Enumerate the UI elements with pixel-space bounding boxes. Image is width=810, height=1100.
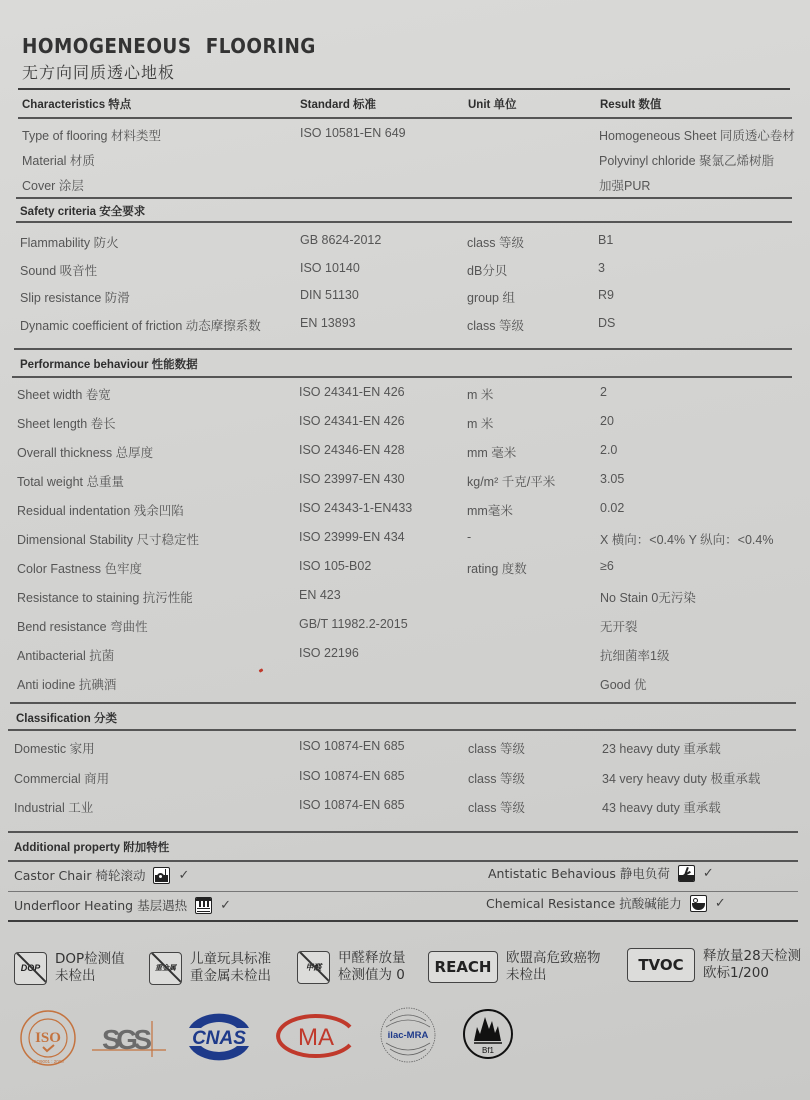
svg-text:MA: MA (298, 1024, 334, 1051)
header-unit: Unit 单位 (468, 96, 517, 112)
cell-result: 0.02 (600, 501, 624, 515)
cell-name: Anti iodine 抗碘酒 (17, 675, 116, 693)
cell-name: Slip resistance 防滑 (20, 288, 130, 306)
cell-unit: kg/m² 千克/平米 (467, 472, 555, 490)
cell-standard: ISO 10874-EN 685 (299, 798, 405, 812)
svg-text:Bf1: Bf1 (482, 1046, 495, 1055)
badge-formaldehyde: 甲醛 甲醛释放量检测值为 0 (297, 950, 406, 984)
table-row: Sheet length 卷长ISO 24341-EN 426m 米20 (0, 414, 810, 432)
table-row: Industrial 工业ISO 10874-EN 685class 等级43 … (0, 798, 810, 816)
ilac-mra-logo: ilac-MRA (378, 1005, 438, 1065)
svg-text:ilac-MRA: ilac-MRA (388, 1030, 429, 1041)
cell-standard: ISO 10581-EN 649 (300, 126, 406, 140)
cell-name: Antibacterial 抗菌 (17, 646, 114, 664)
cell-name: Flammability 防火 (20, 233, 119, 251)
header-result: Result 数值 (600, 96, 661, 112)
cell-name: Overall thickness 总厚度 (17, 443, 153, 461)
cell-standard: ISO 10140 (300, 261, 360, 275)
table-row: Color Fastness 色牢度ISO 105-B02rating 度数≥6 (0, 559, 810, 577)
badge-heavy-metal: 重金属 儿童玩具标准重金属未检出 (149, 951, 271, 985)
badge-tvoc: TVOC 释放量28天检测欧标1/200 (627, 948, 801, 982)
cell-unit: class 等级 (468, 769, 525, 787)
table-row: Dynamic coefficient of friction 动态摩擦系数EN… (0, 316, 810, 334)
cnas-logo: CNAS (183, 1008, 255, 1064)
formaldehyde-free-icon: 甲醛 (297, 951, 330, 984)
cell-unit: class 等级 (468, 739, 525, 757)
table-row: Dimensional Stability 尺寸稳定性ISO 23999-EN … (0, 530, 810, 548)
table-row: Overall thickness 总厚度ISO 24346-EN 428mm … (0, 443, 810, 461)
property-castor-chair: Castor Chair 椅轮滚动 ✓ (14, 866, 189, 884)
cell-name: Material 材质 (22, 151, 95, 169)
cell-name: Color Fastness 色牢度 (17, 559, 142, 577)
cell-result: No Stain 0无污染 (600, 588, 696, 606)
property-chemical-resistance: Chemical Resistance 抗酸碱能力 ✓ (486, 894, 726, 912)
cell-standard: ISO 22196 (299, 646, 359, 660)
table-row: Resistance to staining 抗污性能EN 423No Stai… (0, 588, 810, 606)
cell-standard: GB/T 11982.2-2015 (299, 617, 408, 631)
cell-standard: DIN 51130 (300, 288, 359, 302)
iso-logo: ISO ISO9001 : 2000 (18, 1008, 78, 1068)
cell-standard: EN 13893 (300, 316, 356, 330)
cell-standard: GB 8624-2012 (300, 233, 381, 247)
cell-result: ≥6 (600, 559, 614, 573)
cell-name: Resistance to staining 抗污性能 (17, 588, 193, 606)
cell-result: 无开裂 (600, 617, 638, 635)
cell-name: Commercial 商用 (14, 769, 109, 787)
chemical-resistance-icon (690, 895, 707, 912)
cell-result: Homogeneous Sheet 同质透心卷材 (599, 126, 795, 144)
table-row: Cover 涂层加强PUR (0, 176, 810, 194)
cell-result: R9 (598, 288, 614, 302)
cell-name: Industrial 工业 (14, 798, 93, 816)
cell-result: Polyvinyl chloride 聚氯乙烯树脂 (599, 151, 774, 169)
cell-name: Sound 吸音性 (20, 261, 97, 279)
dop-free-icon: DOP (14, 952, 47, 985)
tvoc-icon: TVOC (627, 948, 695, 982)
divider (8, 729, 796, 731)
divider (10, 702, 796, 704)
document-subtitle: 无方向同质透心地板 (22, 60, 175, 83)
divider (12, 376, 792, 378)
cell-result: 34 very heavy duty 极重承载 (602, 769, 760, 787)
cell-name: Bend resistance 弯曲性 (17, 617, 148, 635)
cell-name: Domestic 家用 (14, 739, 95, 757)
property-antistatic: Antistatic Behavious 静电负荷 ✓ (488, 864, 714, 882)
cell-standard: ISO 24341-EN 426 (299, 414, 405, 428)
cell-result: 3.05 (600, 472, 624, 486)
header-standard: Standard 标准 (300, 96, 376, 112)
cell-unit: mm 毫米 (467, 443, 516, 461)
divider (18, 117, 792, 119)
reach-icon: REACH (428, 951, 498, 983)
document-title: HOMOGENEOUS FLOORING (22, 34, 316, 58)
cell-result: 3 (598, 261, 605, 275)
divider (16, 221, 792, 223)
cell-standard: ISO 10874-EN 685 (299, 769, 405, 783)
badge-reach: REACH 欧盟高危致癌物未检出 (428, 950, 601, 984)
section-title-additional: Additional property 附加特性 (14, 839, 169, 855)
divider (18, 88, 790, 90)
divider (14, 348, 792, 350)
divider (16, 197, 792, 199)
cell-result: DS (598, 316, 615, 330)
cell-unit: group 组 (467, 288, 515, 306)
cell-name: Type of flooring 材料类型 (22, 126, 161, 144)
cell-result: Good 优 (600, 675, 647, 693)
cell-result: 加强PUR (599, 176, 650, 194)
table-row: Anti iodine 抗碘酒Good 优 (0, 675, 810, 693)
table-row: Flammability 防火GB 8624-2012class 等级B1 (0, 233, 810, 251)
heavy-metal-free-icon: 重金属 (149, 952, 182, 985)
table-row: Commercial 商用ISO 10874-EN 685class 等级34 … (0, 769, 810, 787)
check-icon: ✓ (703, 866, 714, 881)
cell-standard: EN 423 (299, 588, 341, 602)
cell-name: Dynamic coefficient of friction 动态摩擦系数 (20, 316, 261, 334)
header-characteristics: Characteristics 特点 (22, 96, 131, 112)
divider (8, 891, 798, 892)
table-row: Type of flooring 材料类型ISO 10581-EN 649Hom… (0, 126, 810, 144)
cell-unit: m 米 (467, 414, 493, 432)
check-icon: ✓ (715, 896, 726, 911)
table-header: Characteristics 特点 Standard 标准 Unit 单位 R… (0, 96, 810, 112)
cell-result: 2.0 (600, 443, 617, 457)
cell-standard: ISO 23999-EN 434 (299, 530, 405, 544)
cell-result: 23 heavy duty 重承载 (602, 739, 721, 757)
cell-unit: - (467, 530, 471, 544)
table-row: Residual indentation 残余凹陷ISO 24343-1-EN4… (0, 501, 810, 519)
cell-standard: ISO 24346-EN 428 (299, 443, 405, 457)
cell-standard: ISO 10874-EN 685 (299, 739, 405, 753)
cell-unit: mm毫米 (467, 501, 513, 519)
cma-logo: MA (276, 1013, 358, 1059)
table-row: Sheet width 卷宽ISO 24341-EN 426m 米2 (0, 385, 810, 403)
table-row: Sound 吸音性ISO 10140dB分贝3 (0, 261, 810, 279)
cell-standard: ISO 105-B02 (299, 559, 371, 573)
cell-unit: dB分贝 (467, 261, 507, 279)
underfloor-heating-icon (195, 897, 212, 914)
section-title-classification: Classification 分类 (16, 710, 117, 726)
section-title-safety: Safety criteria 安全要求 (20, 203, 145, 219)
ink-spot (259, 668, 264, 673)
cell-result: B1 (598, 233, 613, 247)
cell-result: 2 (600, 385, 607, 399)
divider (8, 831, 798, 833)
property-underfloor-heating: Underfloor Heating 基层遇热 ✓ (14, 896, 231, 914)
cell-standard: ISO 24341-EN 426 (299, 385, 405, 399)
cell-result: 43 heavy duty 重承载 (602, 798, 721, 816)
bf1-logo: Bf1 (461, 1007, 515, 1061)
divider (8, 920, 798, 922)
cell-name: Cover 涂层 (22, 176, 84, 194)
table-row: Material 材质Polyvinyl chloride 聚氯乙烯树脂 (0, 151, 810, 169)
cell-unit: class 等级 (467, 233, 524, 251)
cell-unit: rating 度数 (467, 559, 527, 577)
svg-text:ISO9001 : 2000: ISO9001 : 2000 (32, 1059, 64, 1064)
cell-standard: ISO 23997-EN 430 (299, 472, 405, 486)
section-title-performance: Performance behaviour 性能数据 (20, 356, 198, 372)
svg-text:CNAS: CNAS (192, 1028, 246, 1049)
cell-standard: ISO 24343-1-EN433 (299, 501, 412, 515)
table-row: Slip resistance 防滑DIN 51130group 组R9 (0, 288, 810, 306)
cell-result: X 横向：<0.4% Y 纵向：<0.4% (600, 530, 773, 548)
castor-chair-icon (153, 867, 170, 884)
cell-result: 抗细菌率1级 (600, 646, 669, 664)
cell-unit: class 等级 (468, 798, 525, 816)
cell-name: Sheet width 卷宽 (17, 385, 111, 403)
cell-name: Dimensional Stability 尺寸稳定性 (17, 530, 199, 548)
badge-dop: DOP DOP检测值未检出 (14, 951, 125, 985)
table-row: Bend resistance 弯曲性GB/T 11982.2-2015无开裂 (0, 617, 810, 635)
cell-name: Sheet length 卷长 (17, 414, 116, 432)
svg-text:ISO: ISO (35, 1030, 61, 1046)
cell-name: Total weight 总重量 (17, 472, 124, 490)
antistatic-icon (678, 865, 695, 882)
cell-name: Residual indentation 残余凹陷 (17, 501, 184, 519)
divider (8, 860, 798, 862)
table-row: Domestic 家用ISO 10874-EN 685class 等级23 he… (0, 739, 810, 757)
table-row: Antibacterial 抗菌ISO 22196抗细菌率1级 (0, 646, 810, 664)
cell-unit: m 米 (467, 385, 493, 403)
check-icon: ✓ (220, 898, 231, 913)
cell-result: 20 (600, 414, 614, 428)
check-icon: ✓ (178, 868, 189, 883)
table-row: Total weight 总重量ISO 23997-EN 430kg/m² 千克… (0, 472, 810, 490)
sgs-logo: SGS (90, 1015, 170, 1059)
cell-unit: class 等级 (467, 316, 524, 334)
